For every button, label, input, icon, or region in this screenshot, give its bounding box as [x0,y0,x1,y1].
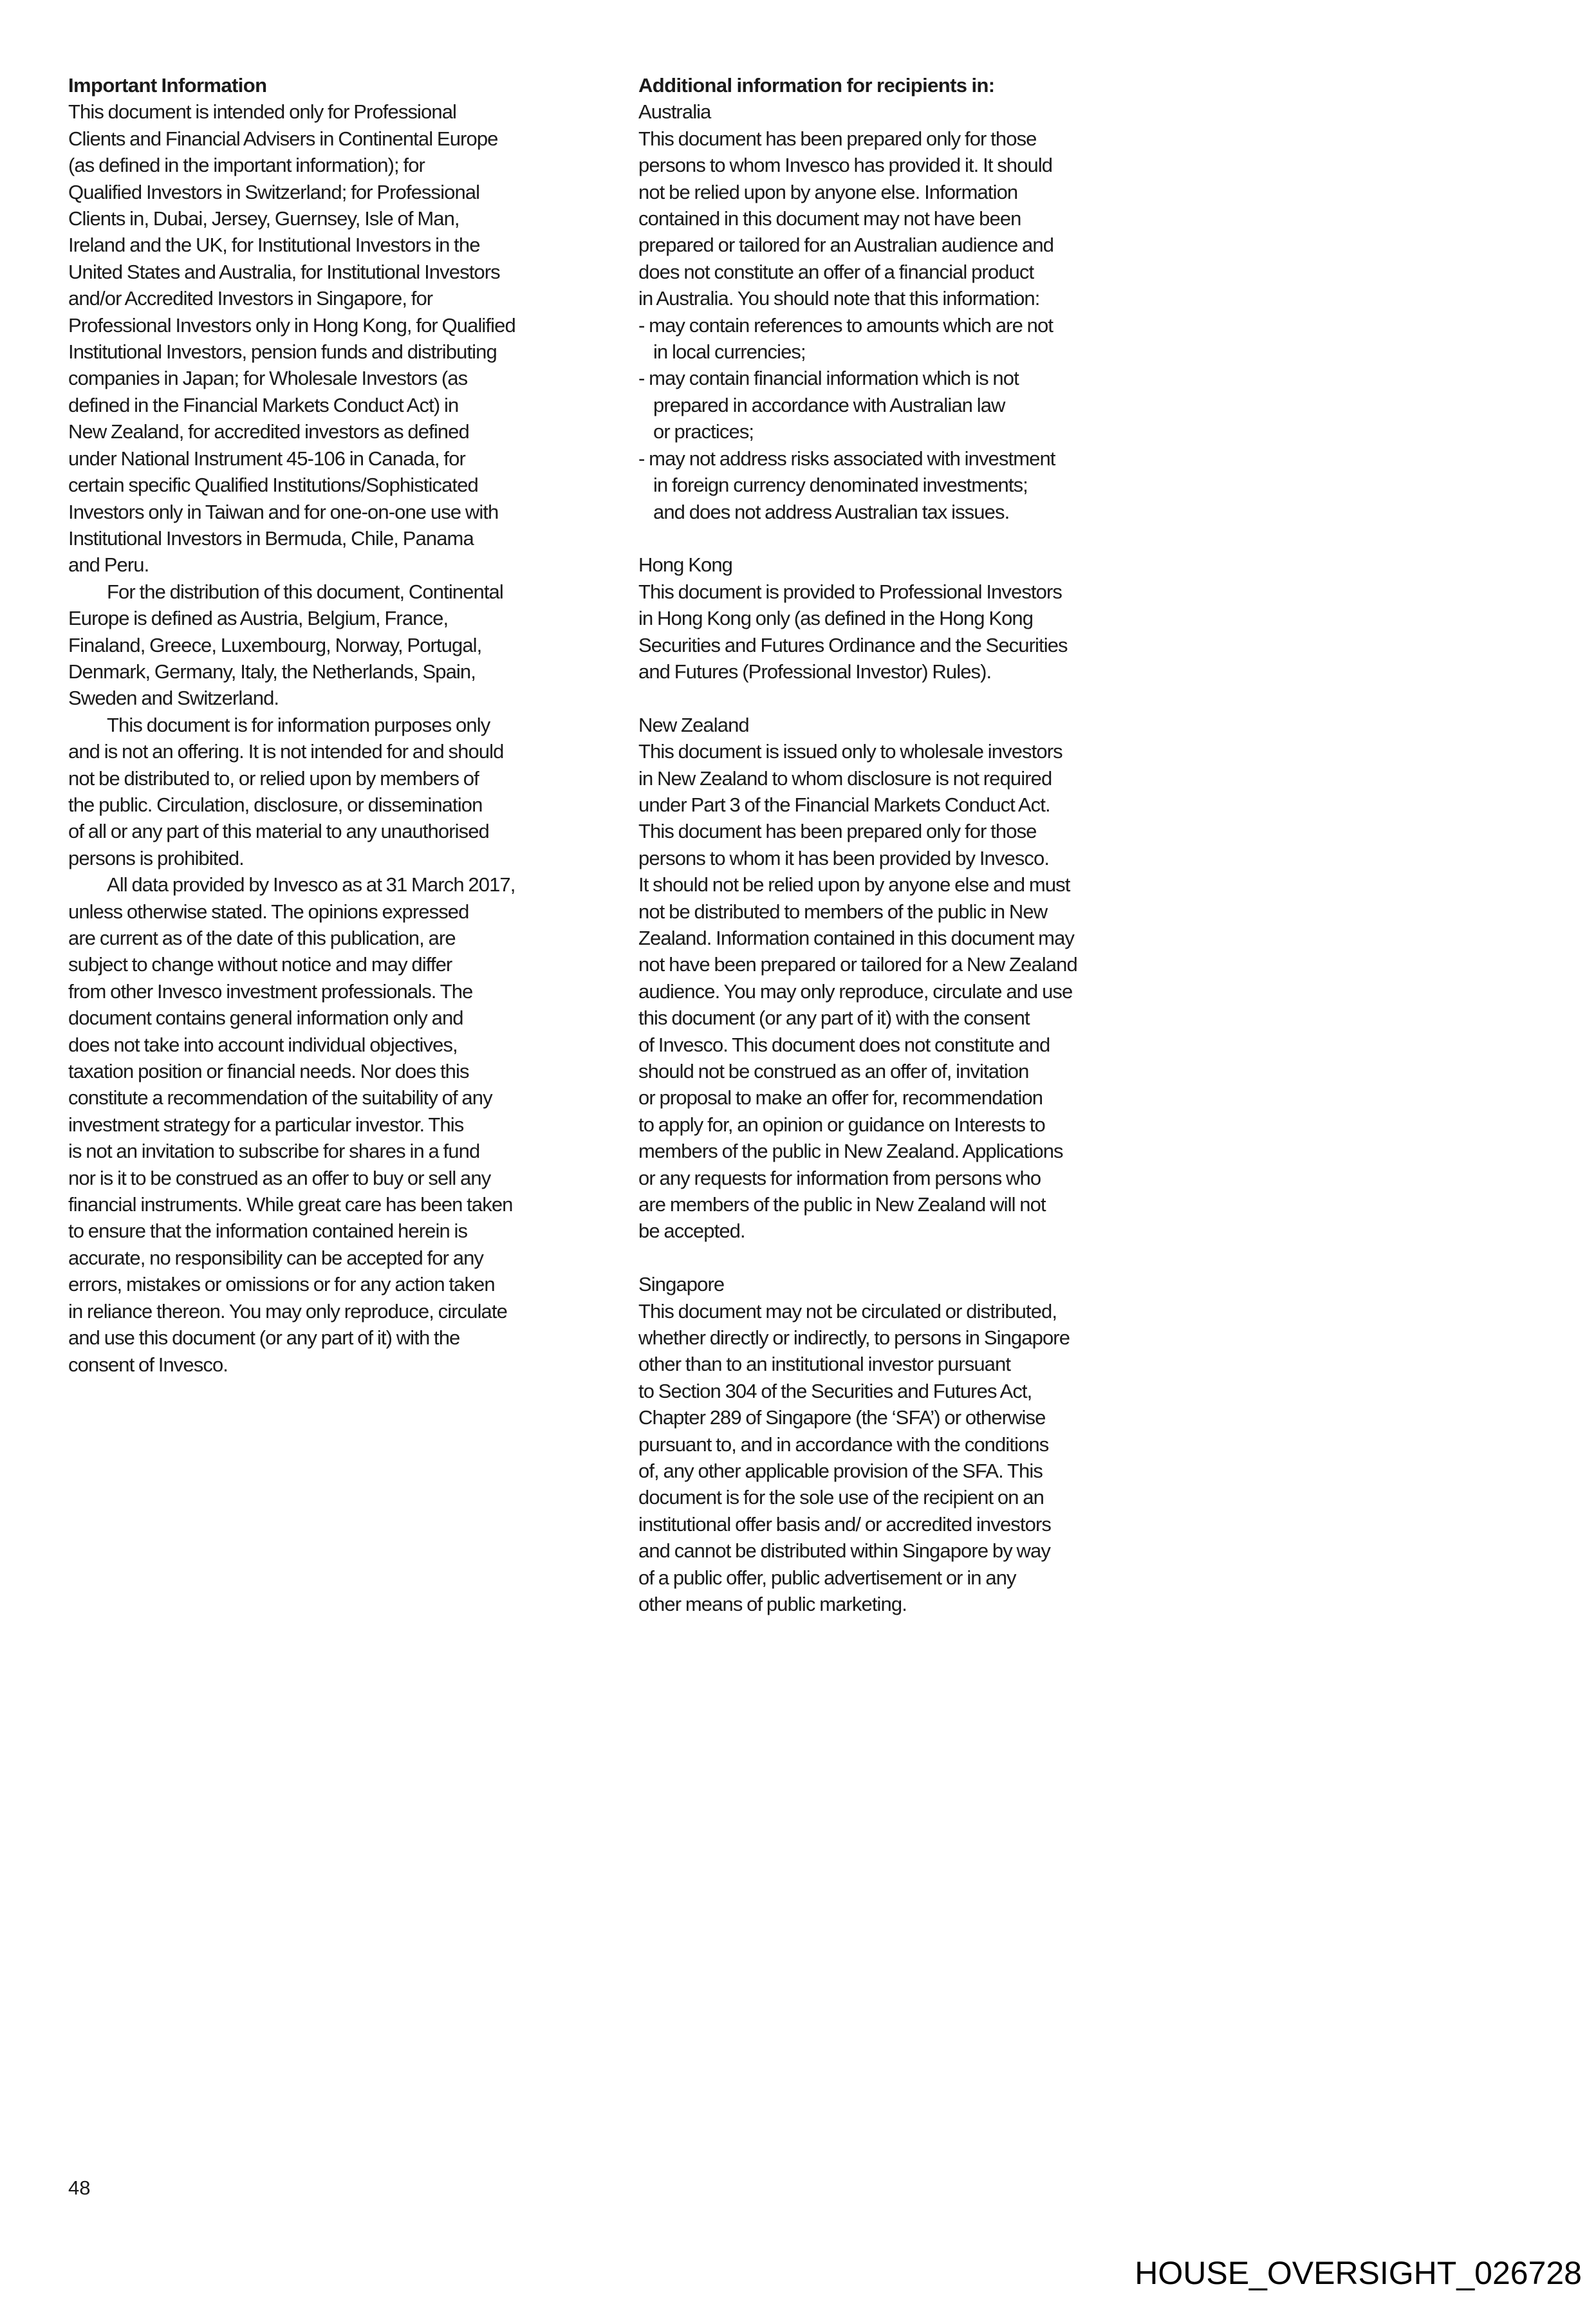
text-line: of a public offer, public advertisement … [638,1564,1205,1591]
text-line: and Peru. [68,552,635,578]
page-number: 48 [68,2175,90,2201]
text-line: Securities and Futures Ordinance and the… [638,632,1205,658]
information-purposes-paragraph: This document is for information purpose… [68,712,635,871]
text-line: unless otherwise stated. The opinions ex… [68,898,635,925]
bullet-text: may not address risks associated with in… [649,447,1055,470]
text-line: from other Invesco investment profession… [68,978,635,1005]
text-line: (as defined in the important information… [68,152,635,178]
text-line: Chapter 289 of Singapore (the ‘SFA’) or … [638,1404,1205,1431]
bullet-text: may contain references to amounts which … [649,314,1053,337]
text-line: not be distributed to members of the pub… [638,898,1205,925]
text-line: or any requests for information from per… [638,1165,1205,1191]
text-line: to ensure that the information contained… [68,1218,635,1244]
text-line: not be relied upon by anyone else. Infor… [638,179,1205,205]
text-line: This document is provided to Professiona… [638,579,1205,605]
text-line: Finaland, Greece, Luxembourg, Norway, Po… [68,632,635,658]
text-line: contained in this document may not have … [638,205,1205,232]
text-line: are members of the public in New Zealand… [638,1191,1205,1218]
text-line: taxation position or financial needs. No… [68,1058,635,1084]
text-line: not be distributed to, or relied upon by… [68,765,635,792]
text-line: prepared or tailored for an Australian a… [638,232,1205,258]
singapore-section: Singapore This document may not be circu… [638,1271,1205,1617]
bullet-item: - may not address risks associated with … [638,445,1205,525]
text-line: document contains general information on… [68,1005,635,1031]
text-line: the public. Circulation, disclosure, or … [68,792,635,818]
text-line: Zealand. Information contained in this d… [638,925,1205,951]
intended-audience-paragraph: This document is intended only for Profe… [68,98,635,578]
hong-kong-title: Hong Kong [638,552,1205,578]
text-line: defined in the Financial Markets Conduct… [68,392,635,418]
text-line: should not be construed as an offer of, … [638,1058,1205,1084]
text-line: in foreign currency denominated investme… [638,472,1205,498]
text-line: does not take into account individual ob… [68,1032,635,1058]
text-line: audience. You may only reproduce, circul… [638,978,1205,1005]
text-line: of Invesco. This document does not const… [638,1032,1205,1058]
text-line: Investors only in Taiwan and for one-on-… [68,499,635,525]
text-line: and/or Accredited Investors in Singapore… [68,285,635,311]
text-line: in New Zealand to whom disclosure is not… [638,765,1205,792]
singapore-title: Singapore [638,1271,1205,1297]
text-line: constitute a recommendation of the suita… [68,1084,635,1111]
text-line: in Hong Kong only (as defined in the Hon… [638,605,1205,631]
text-line: For the distribution of this document, C… [68,579,635,605]
text-line: this document (or any part of it) with t… [638,1005,1205,1031]
text-line: It should not be relied upon by anyone e… [638,871,1205,898]
text-line: persons is prohibited. [68,845,635,871]
text-line: subject to change without notice and may… [68,951,635,978]
text-line: institutional offer basis and/ or accred… [638,1511,1205,1537]
text-line: other than to an institutional investor … [638,1351,1205,1377]
text-line: of all or any part of this material to a… [68,818,635,844]
text-line: members of the public in New Zealand. Ap… [638,1138,1205,1164]
text-line: to Section 304 of the Securities and Fut… [638,1378,1205,1404]
bullet-item: - may contain financial information whic… [638,365,1205,445]
text-line: in reliance thereon. You may only reprod… [68,1298,635,1324]
text-line: in Australia. You should note that this … [638,285,1205,311]
text-line: This document is for information purpose… [68,712,635,738]
text-line: This document has been prepared only for… [638,125,1205,152]
text-line: does not constitute an offer of a financ… [638,259,1205,285]
text-line: and Futures (Professional Investor) Rule… [638,658,1205,685]
text-line: All data provided by Invesco as at 31 Ma… [68,871,635,898]
dash-bullet-icon: - [638,314,644,337]
text-line: errors, mistakes or omissions or for any… [68,1271,635,1297]
text-line: be accepted. [638,1218,1205,1244]
dash-bullet-icon: - [638,447,644,470]
text-line: pursuant to, and in accordance with the … [638,1431,1205,1458]
text-line: in local currencies; [638,339,1205,365]
bullet-text: may contain financial information which … [649,367,1019,389]
text-line: prepared in accordance with Australian l… [638,392,1205,418]
new-zealand-section: New Zealand This document is issued only… [638,712,1205,1245]
text-line: under Part 3 of the Financial Markets Co… [638,792,1205,818]
text-line: are current as of the date of this publi… [68,925,635,951]
text-line: financial instruments. While great care … [68,1191,635,1218]
text-line: Institutional Investors in Bermuda, Chil… [68,525,635,552]
text-line: or proposal to make an offer for, recomm… [638,1084,1205,1111]
text-line: United States and Australia, for Institu… [68,259,635,285]
text-line: companies in Japan; for Wholesale Invest… [68,365,635,391]
bates-number: HOUSE_OVERSIGHT_026728 [1135,2255,1582,2291]
text-line: New Zealand, for accredited investors as… [68,418,635,445]
text-line: not have been prepared or tailored for a… [638,951,1205,978]
text-line: investment strategy for a particular inv… [68,1111,635,1138]
additional-information-heading: Additional information for recipients in… [638,72,1205,98]
text-line: persons to whom Invesco has provided it.… [638,152,1205,178]
text-line: Europe is defined as Austria, Belgium, F… [68,605,635,631]
text-line: Professional Investors only in Hong Kong… [68,312,635,339]
text-line: nor is it to be construed as an offer to… [68,1165,635,1191]
section-spacer [638,1245,1205,1271]
text-line: of, any other applicable provision of th… [638,1458,1205,1484]
section-spacer [638,525,1205,552]
bullet-item: - may contain references to amounts whic… [638,312,1205,366]
text-line: and cannot be distributed within Singapo… [638,1537,1205,1564]
text-line: persons to whom it has been provided by … [638,845,1205,871]
text-line: Ireland and the UK, for Institutional In… [68,232,635,258]
new-zealand-title: New Zealand [638,712,1205,738]
text-line: Clients and Financial Advisers in Contin… [68,125,635,152]
text-line: and use this document (or any part of it… [68,1324,635,1351]
text-line: whether directly or indirectly, to perso… [638,1324,1205,1351]
important-information-heading: Important Information [68,72,635,98]
text-line: Sweden and Switzerland. [68,685,635,711]
text-line: Qualified Investors in Switzerland; for … [68,179,635,205]
text-line: This document has been prepared only for… [638,818,1205,844]
text-line: Clients in, Dubai, Jersey, Guernsey, Isl… [68,205,635,232]
text-line: This document is intended only for Profe… [68,98,635,125]
text-line: document is for the sole use of the reci… [638,1484,1205,1510]
continental-europe-paragraph: For the distribution of this document, C… [68,579,635,712]
text-line: certain specific Qualified Institutions/… [68,472,635,498]
australia-title: Australia [638,98,1205,125]
text-line: accurate, no responsibility can be accep… [68,1245,635,1271]
document-page: Important Information This document is i… [0,0,1596,2302]
hong-kong-section: Hong Kong This document is provided to P… [638,552,1205,685]
dash-bullet-icon: - [638,367,644,389]
data-disclaimer-paragraph: All data provided by Invesco as at 31 Ma… [68,871,635,1378]
text-line: Denmark, Germany, Italy, the Netherlands… [68,658,635,685]
text-line: and is not an offering. It is not intend… [68,738,635,765]
text-line: is not an invitation to subscribe for sh… [68,1138,635,1164]
text-line: This document may not be circulated or d… [638,1298,1205,1324]
text-line: under National Instrument 45-106 in Cana… [68,445,635,472]
additional-information-column: Additional information for recipients in… [638,72,1205,1618]
important-information-column: Important Information This document is i… [68,72,635,1378]
text-line: and does not address Australian tax issu… [638,499,1205,525]
australia-section: Australia This document has been prepare… [638,98,1205,525]
text-line: to apply for, an opinion or guidance on … [638,1111,1205,1138]
section-spacer [638,685,1205,711]
text-line: consent of Invesco. [68,1351,635,1378]
text-line: or practices; [638,418,1205,445]
text-line: Institutional Investors, pension funds a… [68,339,635,365]
text-line: other means of public marketing. [638,1591,1205,1617]
text-line: This document is issued only to wholesal… [638,738,1205,765]
